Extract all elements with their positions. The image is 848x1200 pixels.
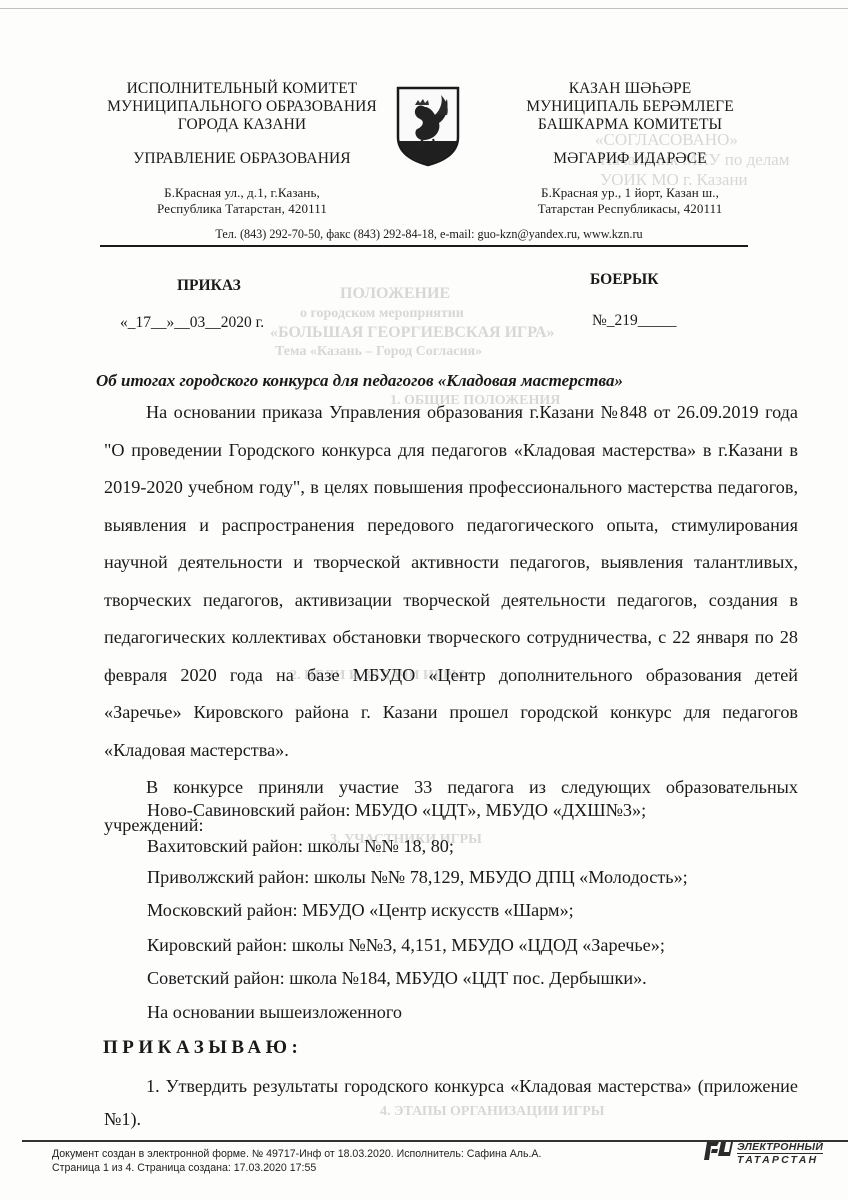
- bleed-text: «БОЛЬШАЯ ГЕОРГИЕВСКАЯ ИГРА»: [270, 324, 555, 342]
- et-mark-icon: [703, 1140, 733, 1167]
- paragraph-basis: На основании приказа Управления образова…: [104, 394, 798, 769]
- body-paragraphs: На основании приказа Управления образова…: [104, 394, 798, 844]
- letterhead-divider: [100, 245, 748, 247]
- address-line: Б.Красная ур., 1 йорт, Казан ш.,: [495, 185, 765, 201]
- list-item: Советский район: школа №184, МБУДО «ЦДТ …: [147, 968, 647, 989]
- order-number: №_219_____: [592, 312, 677, 330]
- decree-item-1: 1. Утвердить результаты городского конку…: [104, 1070, 798, 1136]
- order-title-ru: ПРИКАЗ: [177, 277, 241, 295]
- address: Б.Красная ул., д.1, г.Казань, Республика…: [92, 185, 392, 217]
- org-name-line: КАЗАН ШӘҺӘРЕ: [495, 80, 765, 98]
- list-item: Кировский район: школы №№3, 4,151, МБУДО…: [147, 935, 665, 956]
- footer-line-1: Документ создан в электронной форме. № 4…: [52, 1147, 541, 1161]
- footer-info: Документ создан в электронной форме. № 4…: [52, 1147, 541, 1175]
- order-title-tt: БОЕРЫК: [590, 271, 658, 289]
- address: Б.Красная ур., 1 йорт, Казан ш., Татарст…: [495, 185, 765, 217]
- kazan-coat-of-arms-icon: [395, 85, 461, 167]
- contact-info: Тел. (843) 292-70-50, факс (843) 292-84-…: [0, 227, 848, 242]
- decree-item-text: 1. Утвердить результаты городского конку…: [104, 1070, 798, 1136]
- list-item: Московский район: МБУДО «Центр искусств …: [147, 900, 574, 921]
- address-line: Татарстан Республикасы, 420111: [495, 201, 765, 217]
- scan-edge-line: [0, 8, 848, 9]
- letterhead-left: ИСПОЛНИТЕЛЬНЫЙ КОМИТЕТ МУНИЦИПАЛЬНОГО ОБ…: [92, 80, 392, 217]
- org-name-line: ИСПОЛНИТЕЛЬНЫЙ КОМИТЕТ: [92, 80, 392, 98]
- electronic-tatarstan-logo: ЭЛЕКТРОННЫЙ ТАТАРСТАН: [703, 1140, 823, 1167]
- list-item: Приволжский район: школы №№ 78,129, МБУД…: [147, 867, 688, 888]
- letterhead-right: КАЗАН ШӘҺӘРЕ МУНИЦИПАЛЬ БЕРӘМЛЕГЕ БАШКАР…: [495, 80, 765, 217]
- basis-text: На основании вышеизложенного: [147, 1002, 402, 1023]
- logo-line-1: ЭЛЕКТРОННЫЙ: [737, 1141, 823, 1153]
- department-name: МӘГАРИФ ИДАРӘСЕ: [495, 150, 765, 168]
- bleed-text: о городском мероприятии: [300, 306, 464, 322]
- address-line: Б.Красная ул., д.1, г.Казань,: [92, 185, 392, 201]
- footer-line-2: Страница 1 из 4. Страница создана: 17.03…: [52, 1161, 541, 1175]
- list-item: Вахитовский район: школы №№ 18, 80;: [147, 836, 454, 857]
- address-line: Республика Татарстан, 420111: [92, 201, 392, 217]
- document-subject: Об итогах городского конкурса для педаго…: [96, 371, 623, 391]
- decree-heading: ПРИКАЗЫВАЮ:: [103, 1037, 302, 1059]
- logo-line-2: ТАТАРСТАН: [737, 1153, 823, 1166]
- bleed-text: ПОЛОЖЕНИЕ: [340, 285, 450, 303]
- bleed-text: Тема «Казань – Город Согласия»: [275, 344, 482, 360]
- department-name: УПРАВЛЕНИЕ ОБРАЗОВАНИЯ: [92, 150, 392, 168]
- org-name-line: МУНИЦИПАЛЬНОГО ОБРАЗОВАНИЯ: [92, 98, 392, 116]
- list-item: Ново-Савиновский район: МБУДО «ЦДТ», МБУ…: [147, 800, 646, 821]
- order-date: «_17__»__03__2020 г.: [120, 314, 264, 332]
- org-name-line: ГОРОДА КАЗАНИ: [92, 116, 392, 134]
- org-name-line: МУНИЦИПАЛЬ БЕРӘМЛЕГЕ: [495, 98, 765, 116]
- org-name-line: БАШКАРМА КОМИТЕТЫ: [495, 116, 765, 134]
